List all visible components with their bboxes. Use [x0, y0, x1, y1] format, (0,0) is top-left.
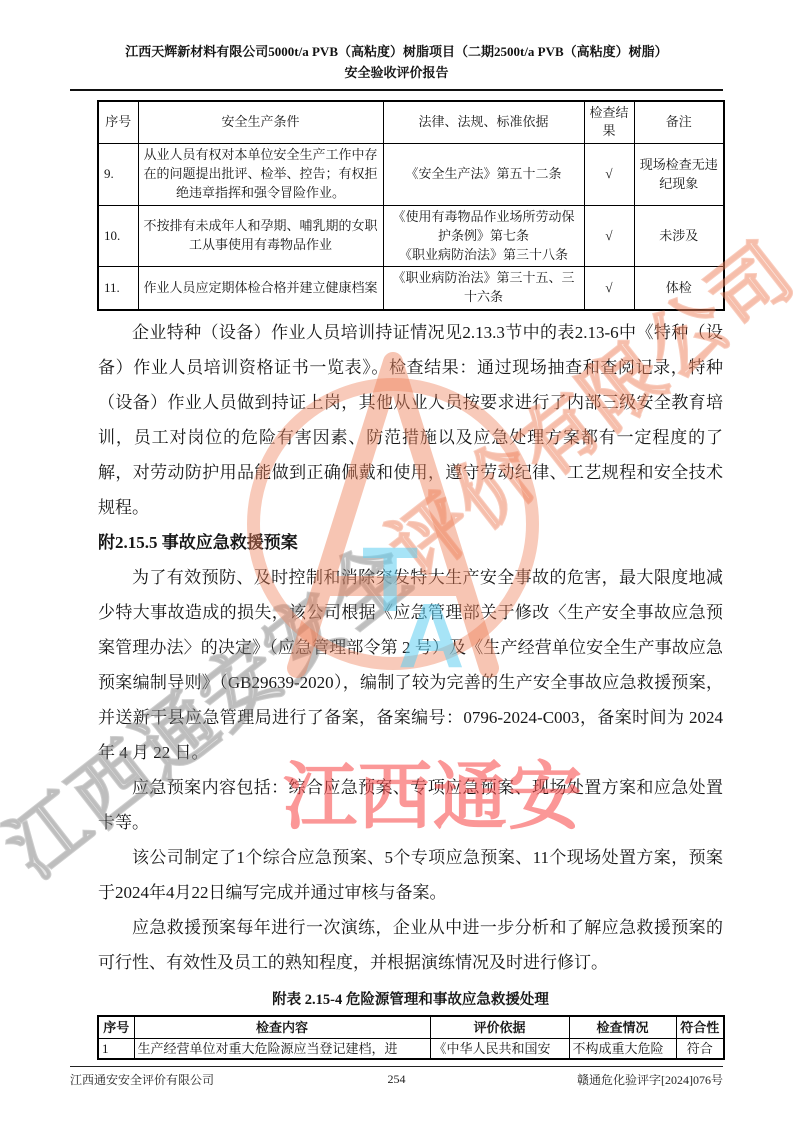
cell-condition: 作业人员应定期体检合格并建立健康档案 [138, 267, 383, 310]
page-footer: 254 江西通安安全评价有限公司 赣通危化验评字[2024]076号 [70, 1071, 723, 1088]
safety-conditions-table: 序号 安全生产条件 法律、法规、标准依据 检查结果 备注 9. 从业人员有权对本… [97, 100, 725, 311]
attached-table-caption: 附表 2.15-4 危险源管理和事故应急救援处理 [98, 988, 723, 1009]
cell-remark: 现场检查无违纪现象 [634, 144, 724, 206]
section-heading-emergency-plan: 附2.15.5 事故应急救援预案 [98, 527, 723, 559]
col-header-result: 检查结果 [584, 101, 634, 144]
col-header-no: 序号 [98, 101, 138, 144]
table-row: 9. 从业人员有权对本单位安全生产工作中存在的问题提出批评、检举、控告；有权拒绝… [98, 144, 724, 206]
report-page: 江西天辉新材料有限公司5000t/a PVB（高粘度）树脂项目（二期2500t/… [0, 0, 793, 1122]
cell-no: 11. [98, 267, 138, 310]
cell-content: 生产经营单位对重大危险源应当登记建档，进 [134, 1038, 430, 1059]
footer-company: 江西通安安全评价有限公司 [70, 1071, 214, 1088]
header-divider [70, 89, 723, 91]
cell-result: √ [584, 267, 634, 310]
cell-basis: 《中华人民共和国安 [430, 1038, 569, 1059]
table-row: 1 生产经营单位对重大危险源应当登记建档，进 《中华人民共和国安 不构成重大危险… [98, 1038, 724, 1059]
body-text: 企业特种（设备）作业人员培训持证情况见2.13.3节中的表2.13-6中《特种（… [98, 315, 723, 980]
col-header-content: 检查内容 [134, 1016, 430, 1038]
hazard-management-table: 序号 检查内容 评价依据 检查情况 符合性 1 生产经营单位对重大危险源应当登记… [97, 1015, 725, 1060]
page-content: 江西天辉新材料有限公司5000t/a PVB（高粘度）树脂项目（二期2500t/… [70, 42, 723, 1060]
report-title-line2: 安全验收评价报告 [70, 63, 723, 84]
cell-no: 10. [98, 205, 138, 267]
cell-basis: 《安全生产法》第五十二条 [383, 144, 584, 206]
table-row: 10. 不按排有未成年人和孕期、哺乳期的女职工从事使用有毒物品作业 《使用有毒物… [98, 205, 724, 267]
table-header-row: 序号 检查内容 评价依据 检查情况 符合性 [98, 1016, 724, 1038]
cell-condition: 不按排有未成年人和孕期、哺乳期的女职工从事使用有毒物品作业 [138, 205, 383, 267]
cell-remark: 体检 [634, 267, 724, 310]
cell-conformity: 符合 [676, 1038, 724, 1059]
paragraph-drill: 应急救援预案每年进行一次演练，企业从中进一步分析和了解应急救援预案的可行性、有效… [98, 910, 723, 980]
footer-doc-number: 赣通危化验评字[2024]076号 [577, 1071, 723, 1088]
paragraph-plan-contents: 应急预案内容包括：综合应急预案、专项应急预案、现场处置方案和应急处置卡等。 [98, 770, 723, 840]
cell-basis: 《使用有毒物品作业场所劳动保护条例》第七条 《职业病防治法》第三十八条 [383, 205, 584, 267]
page-header: 江西天辉新材料有限公司5000t/a PVB（高粘度）树脂项目（二期2500t/… [70, 42, 723, 84]
col-header-remark: 备注 [634, 101, 724, 144]
col-header-no: 序号 [98, 1016, 134, 1038]
col-header-condition: 安全生产条件 [138, 101, 383, 144]
cell-no: 1 [98, 1038, 134, 1059]
cell-situation: 不构成重大危险 [569, 1038, 676, 1059]
col-header-basis: 法律、法规、标准依据 [383, 101, 584, 144]
cell-result: √ [584, 205, 634, 267]
paragraph-training: 企业特种（设备）作业人员培训持证情况见2.13.3节中的表2.13-6中《特种（… [98, 315, 723, 525]
cell-remark: 未涉及 [634, 205, 724, 267]
cell-basis: 《职业病防治法》第三十五、三十六条 [383, 267, 584, 310]
footer-divider [70, 1066, 723, 1067]
cell-result: √ [584, 144, 634, 206]
col-header-basis: 评价依据 [430, 1016, 569, 1038]
col-header-conformity: 符合性 [676, 1016, 724, 1038]
table-row: 11. 作业人员应定期体检合格并建立健康档案 《职业病防治法》第三十五、三十六条… [98, 267, 724, 310]
cell-condition: 从业人员有权对本单位安全生产工作中存在的问题提出批评、检举、控告；有权拒绝违章指… [138, 144, 383, 206]
col-header-situation: 检查情况 [569, 1016, 676, 1038]
report-title-line1: 江西天辉新材料有限公司5000t/a PVB（高粘度）树脂项目（二期2500t/… [70, 42, 723, 63]
cell-no: 9. [98, 144, 138, 206]
table-header-row: 序号 安全生产条件 法律、法规、标准依据 检查结果 备注 [98, 101, 724, 144]
paragraph-plan-counts: 该公司制定了1个综合应急预案、5个专项应急预案、11个现场处置方案，预案于202… [98, 840, 723, 910]
paragraph-plan-basis: 为了有效预防、及时控制和消除突发特大生产安全事故的危害，最大限度地减少特大事故造… [98, 560, 723, 770]
